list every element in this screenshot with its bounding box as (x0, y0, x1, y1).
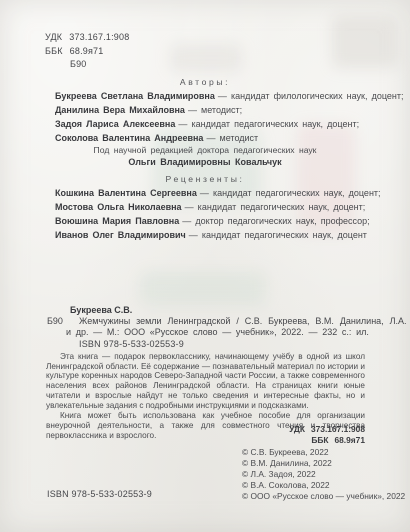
reviewer-name: Мостова Ольга Николаевна (55, 202, 182, 212)
reviewers-list: Кошкина Валентина Сергеевна— кандидат пе… (55, 186, 381, 242)
bbk-line: ББК68.9я71 (45, 45, 129, 59)
author-name: Соколова Валентина Андреевна (55, 133, 203, 143)
isbn-bottom: ISBN 978-5-533-02553-9 (47, 489, 152, 499)
reviewer-role: — кандидат педагогических наук, доцент; (200, 188, 381, 198)
paper-smudge (332, 16, 398, 68)
udk-line: УДК373.167.1:908 (289, 424, 365, 435)
authors-list: Букреева Светлана Владимировна— кандидат… (55, 89, 404, 145)
reviewer-row: Мостова Ольга Николаевна— кандидат педаг… (55, 200, 381, 214)
biblio-author-short: Букреева С.В. (70, 305, 132, 315)
reviewer-name: Иванов Олег Владимирович (55, 230, 186, 240)
book-imprint-page: УДК373.167.1:908 ББК68.9я71 Б90 Авторы: … (0, 0, 410, 532)
annotation-paragraph: Эта книга — подарок первокласснику, начи… (46, 352, 365, 410)
author-row: Букреева Светлана Владимировна— кандидат… (55, 89, 404, 103)
author-role: — кандидат филологических наук, доцент; (218, 91, 404, 101)
author-role: — методист (206, 133, 258, 143)
reviewer-name: Кошкина Валентина Сергеевна (55, 188, 197, 198)
author-row: Соколова Валентина Андреевна— методист (55, 131, 404, 145)
authors-heading: Авторы: (0, 77, 410, 87)
author-row: Задоя Лариса Алексеевна— кандидат педаго… (55, 117, 404, 131)
book-code: Б90 (70, 58, 129, 72)
biblio-isbn: ISBN 978-5-533-02553-9 (79, 339, 184, 349)
classification-codes-bottom: УДК373.167.1:908 ББК68.9я71 (289, 424, 365, 446)
author-name: Данилина Вера Михайловна (55, 105, 185, 115)
scientific-editor-note: Под научной редакцией доктора педагогиче… (0, 145, 410, 155)
copyright-line: © С.В. Букреева, 2022 (242, 447, 405, 458)
reviewer-role: — доктор педагогических наук, профессор; (182, 216, 369, 226)
bbk-label: ББК (311, 435, 328, 445)
udk-label: УДК (45, 31, 62, 45)
copyright-line: © ООО «Русское слово — учебник», 2022 (242, 491, 405, 502)
showthrough-artifact (140, 272, 266, 305)
author-name: Задоя Лариса Алексеевна (55, 119, 175, 129)
biblio-entry-line1: Жемчужины земли Ленинградской / С.В. Бук… (79, 316, 410, 326)
udk-value: 373.167.1:908 (311, 424, 365, 434)
scientific-editor-name: Ольги Владимировны Ковальчук (0, 157, 410, 167)
reviewers-heading: Рецензенты: (0, 174, 410, 184)
reviewer-name: Воюшина Мария Павловна (55, 216, 179, 226)
reviewer-row: Кошкина Валентина Сергеевна— кандидат пе… (55, 186, 381, 200)
author-role: — методист; (188, 105, 242, 115)
bbk-value: 68.9я71 (334, 435, 365, 445)
reviewer-row: Иванов Олег Владимирович— кандидат педаг… (55, 228, 381, 242)
copyright-line: © В.А. Соколова, 2022 (242, 480, 405, 491)
udk-line: УДК373.167.1:908 (45, 31, 129, 45)
biblio-book-code: Б90 (47, 316, 63, 326)
paper-smudge (170, 44, 242, 72)
classification-codes-top: УДК373.167.1:908 ББК68.9я71 Б90 (45, 31, 129, 72)
bbk-value: 68.9я71 (70, 46, 104, 56)
author-row: Данилина Вера Михайловна— методист; (55, 103, 404, 117)
reviewer-row: Воюшина Мария Павловна— доктор педагогич… (55, 214, 381, 228)
reviewer-role: — кандидат педагогических наук, доцент; (185, 202, 366, 212)
copyright-list: © С.В. Букреева, 2022 © В.М. Данилина, 2… (242, 447, 405, 502)
udk-label: УДК (289, 424, 305, 434)
udk-value: 373.167.1:908 (69, 32, 129, 42)
reviewer-role: — кандидат педагогических наук, доцент (189, 230, 367, 240)
copyright-line: © Л.А. Задоя, 2022 (242, 469, 405, 480)
author-name: Букреева Светлана Владимировна (55, 91, 215, 101)
bbk-line: ББК68.9я71 (289, 435, 365, 446)
biblio-entry-line2: и др. — М.: ООО «Русское слово — учебник… (66, 327, 369, 337)
author-role: — кандидат педагогических наук, доцент; (178, 119, 359, 129)
bbk-label: ББК (45, 45, 63, 59)
copyright-line: © В.М. Данилина, 2022 (242, 458, 405, 469)
